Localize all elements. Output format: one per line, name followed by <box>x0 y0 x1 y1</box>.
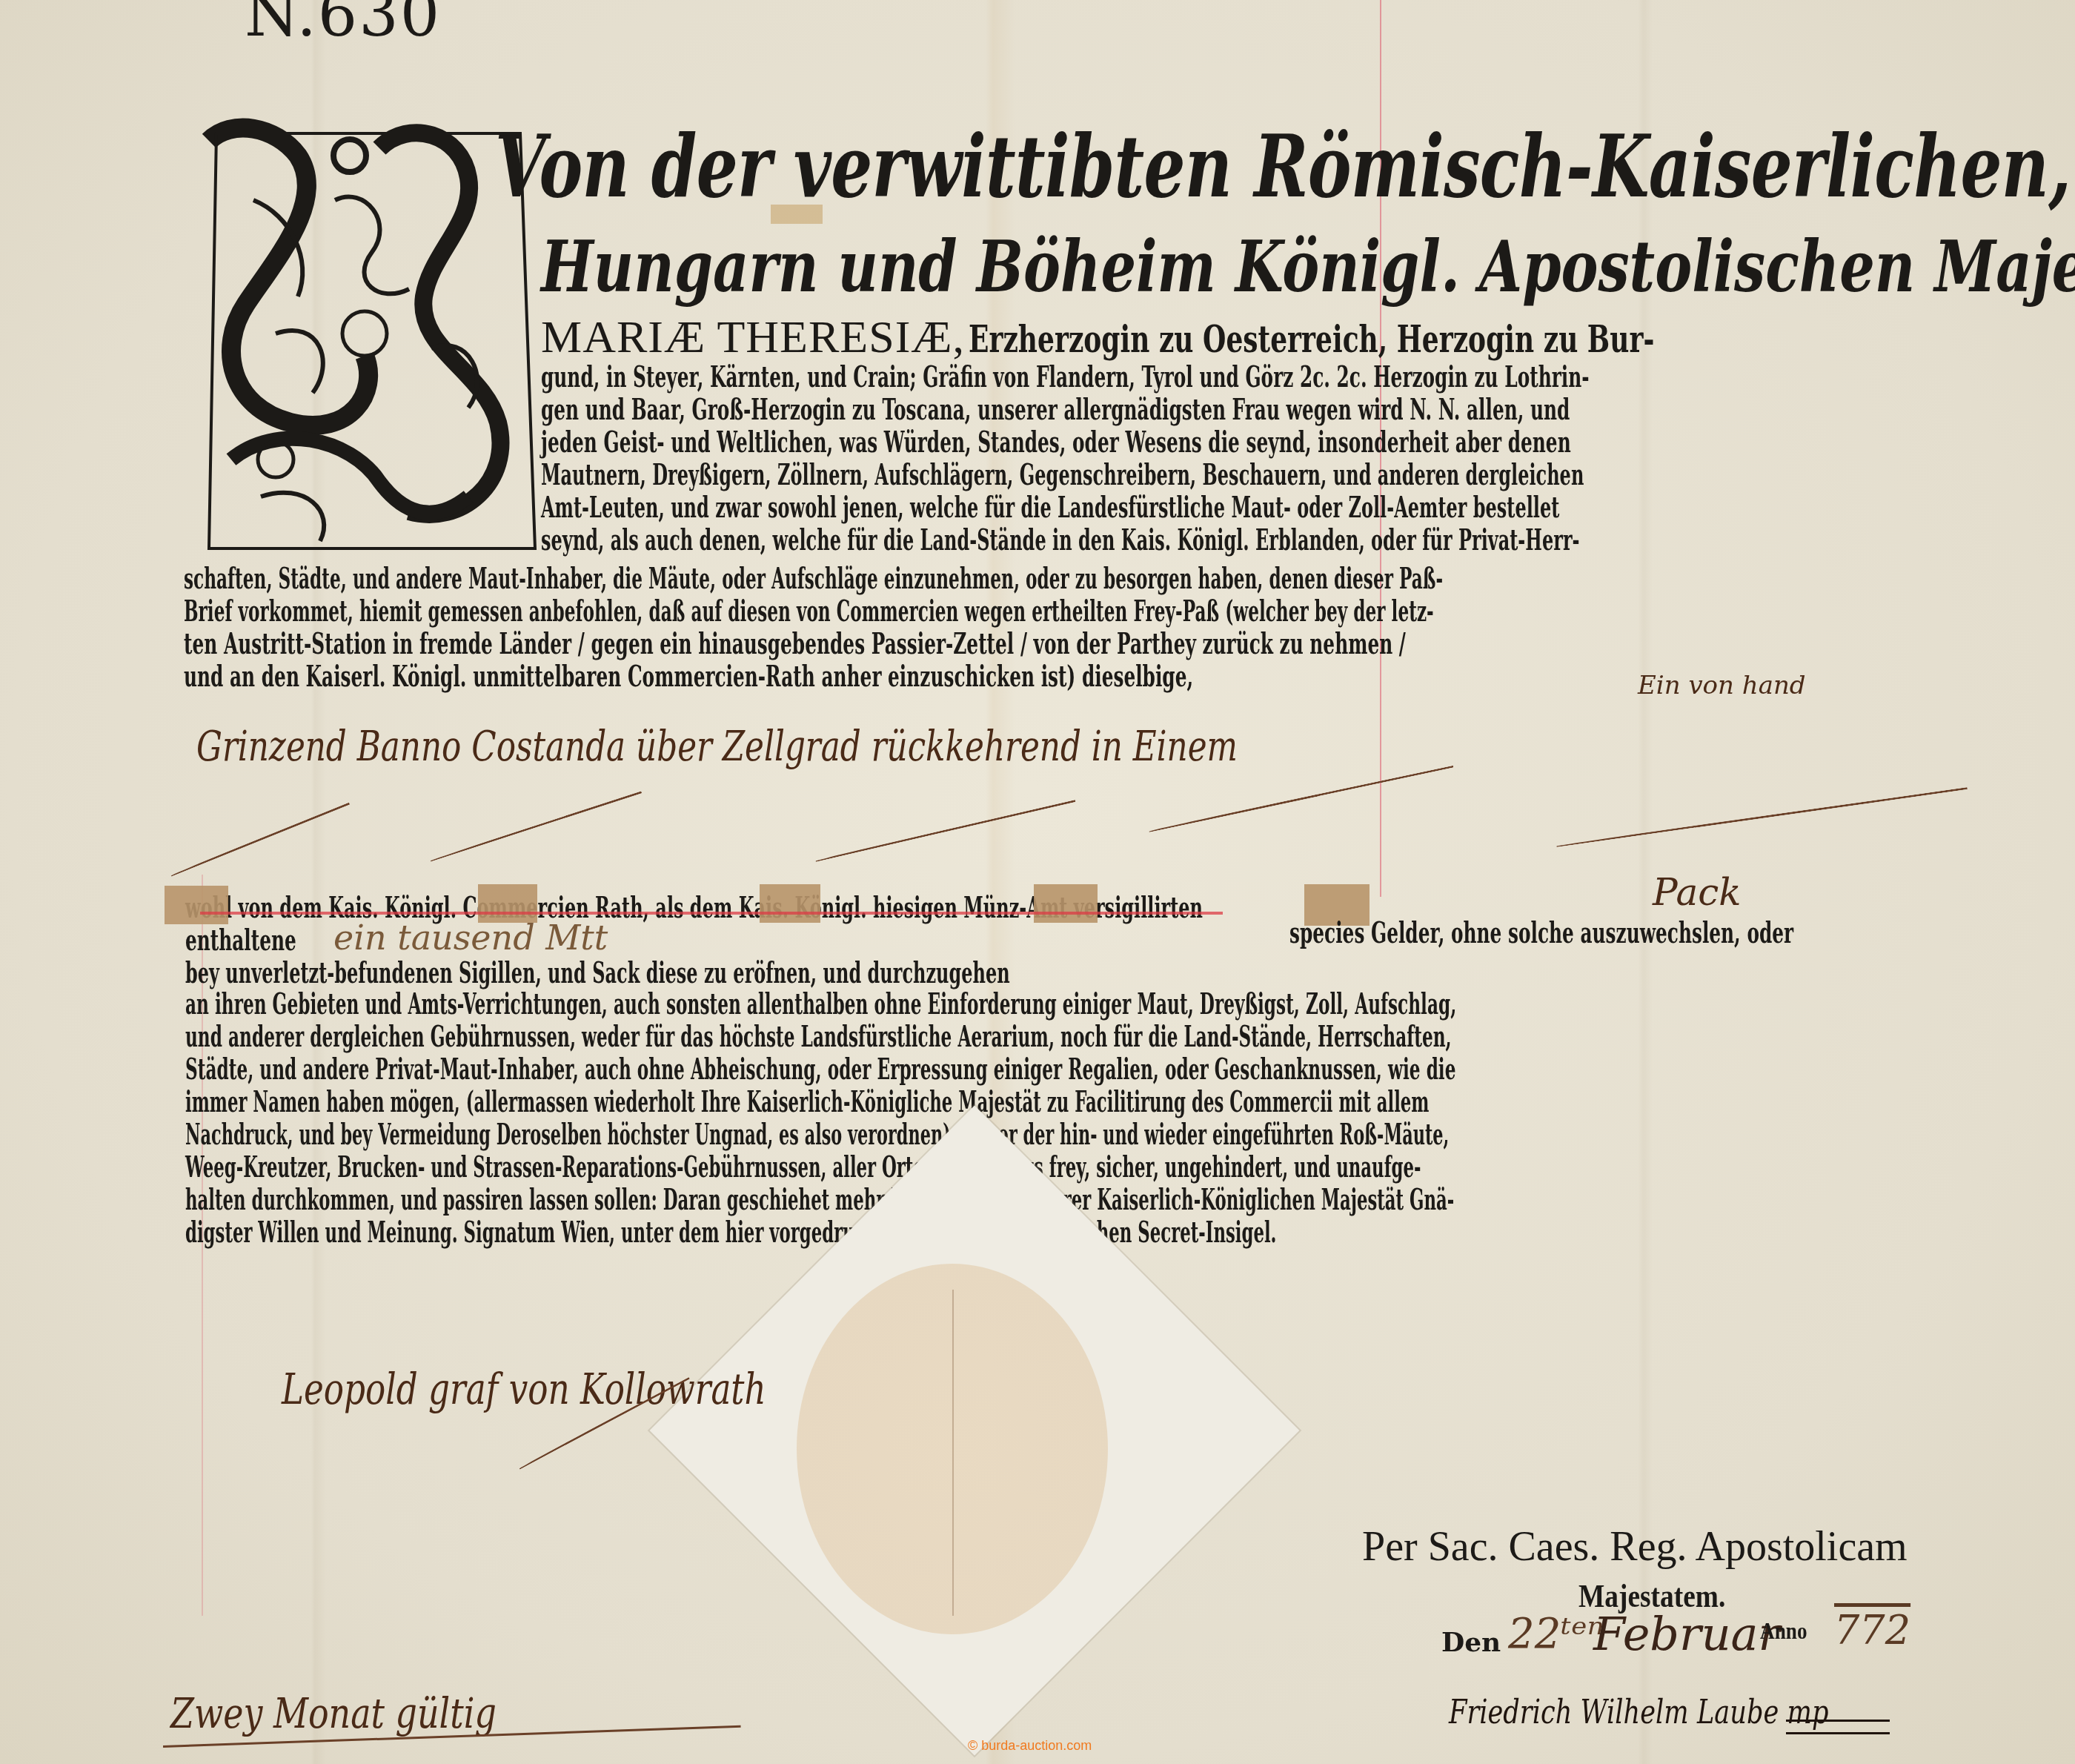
signature-paraph <box>1786 1720 1890 1734</box>
body-line: und an den Kaiserl. Königl. unmittelbare… <box>184 660 1193 693</box>
redaction-patch <box>1034 884 1098 923</box>
latin-closing: Per Sac. Caes. Reg. Apostolicam <box>1362 1523 1908 1571</box>
per-line: Per Sac. Caes. Reg. Apostolicam <box>1362 1524 1908 1570</box>
body-line: an ihren Gebieten und Amts-Verrichtungen… <box>185 988 1456 1021</box>
body-line: bey unverletzt-befundenen Sigillen, und … <box>185 957 1010 989</box>
body-line: und anderer dergleichen Gebührnussen, we… <box>185 1021 1452 1053</box>
body-line: species Gelder, ohne solche auszuwechsle… <box>1289 917 1793 949</box>
body-line: Brief vorkommet, hiemit gemessen anbefoh… <box>184 595 1434 628</box>
body-line: seynd, als auch denen, welche für die La… <box>541 524 1579 557</box>
date-den-label: Den <box>1441 1627 1501 1658</box>
handwritten-line-end: Ein von hand <box>1638 671 1806 700</box>
signature-kollowrath: Leopold graf von Kollowrath <box>282 1364 766 1414</box>
date-month: Februar <box>1593 1607 1780 1661</box>
body-line: enthaltene <box>185 924 296 957</box>
title-continuation: Erzherzogin zu Oesterreich, Herzogin zu … <box>969 317 1654 361</box>
empress-name: MARIÆ THERESIÆ, <box>541 312 965 362</box>
seal-crack <box>952 1290 954 1616</box>
heading-line-2: Hungarn und Böheim Königl. Apostolischen… <box>541 222 2075 311</box>
body-line: gen und Baar, Groß-Herzogin zu Toscana, … <box>541 394 1570 426</box>
date-year: 772 <box>1834 1607 1910 1654</box>
body-line: Städte, und andere Privat-Maut-Inhaber, … <box>185 1053 1455 1086</box>
signature-laube: Friedrich Wilhelm Laube mp <box>1449 1694 1828 1731</box>
body-line: jeden Geist- und Weltlichen, was Würden,… <box>541 426 1571 459</box>
handwritten-margin-word: Pack <box>1653 871 1742 914</box>
body-line: Weeg-Kreutzer, Brucken- und Strassen-Rep… <box>185 1151 1421 1184</box>
red-underline <box>200 912 1223 915</box>
redaction-patch <box>760 884 820 923</box>
auction-watermark: © burda-auction.com <box>968 1738 1092 1754</box>
body-line: Amt-Leuten, und zwar sowohl jenen, welch… <box>541 491 1559 524</box>
date-day: 22ᵗᵉⁿ <box>1508 1610 1604 1658</box>
redaction-patch <box>165 886 228 924</box>
title-name-line: MARIÆ THERESIÆ, Erzherzogin zu Oesterrei… <box>541 311 1921 359</box>
handwritten-amount: ein tausend Mtt <box>333 918 608 958</box>
heading-line-1: Von der verwittibten Römisch-Kaiserliche… <box>495 111 2075 222</box>
handwritten-route-line: Grinzend Banno Costanda über Zellgrad rü… <box>196 723 1238 771</box>
signature-validity-note: Zwey Monat gültig <box>170 1690 497 1738</box>
body-line: halten durchkommen, und passiren lassen … <box>185 1184 1454 1216</box>
body-line: Nachdruck, und bey Vermeidung Deroselben… <box>185 1118 1449 1151</box>
anno-label: Anno <box>1760 1617 1807 1645</box>
body-line: Mautnern, Dreyßigern, Zöllnern, Aufschlä… <box>541 459 1584 491</box>
body-line: gund, in Steyer, Kärnten, und Crain; Grä… <box>541 361 1590 394</box>
body-line: ten Austritt-Station in fremde Länder / … <box>184 628 1406 660</box>
body-line: schaften, Städte, und andere Maut-Inhabe… <box>184 563 1443 595</box>
document-number: N.630 <box>245 0 441 50</box>
body-line: immer Namen haben mögen, (allermassen wi… <box>185 1086 1429 1118</box>
